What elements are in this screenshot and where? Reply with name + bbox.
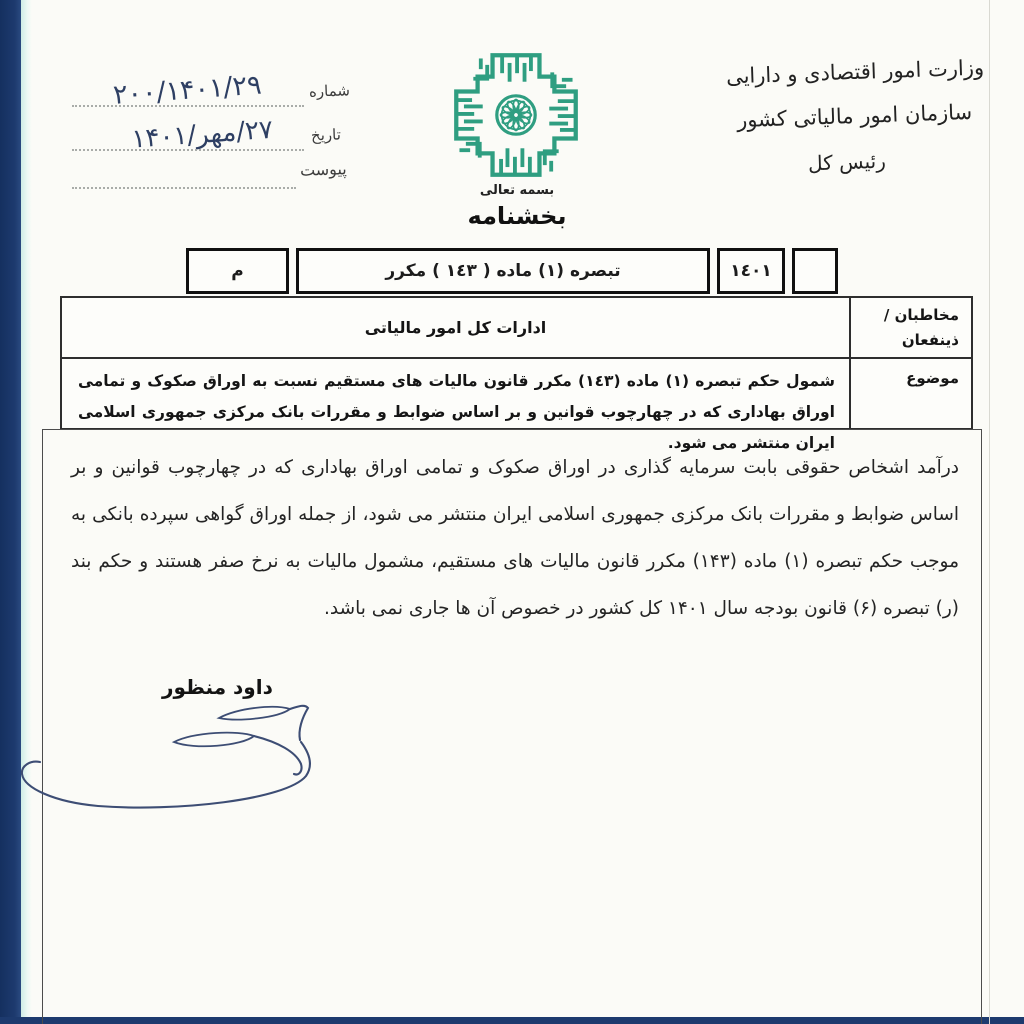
scan-edge-highlight [21,0,32,1024]
document-type-title: بخشنامه [430,202,604,230]
dotted-line [72,148,304,151]
recipients-subject-table: مخاطبان / ذینفعان ادارات کل امور مالیاتی… [60,296,973,430]
subject-label: موضوع [851,359,971,387]
dotted-line [72,186,296,189]
bismillah-text: بسمه تعالی [432,183,602,198]
classification-year-box: ١٤٠١ [717,248,785,294]
organization-name: سازمان امور مالیاتی کشور [736,100,972,132]
classification-reference-box: تبصره (١) ماده ( ١٤٣ ) مکرر [296,248,710,294]
classification-letter-box: م [186,248,289,294]
body-paragraph: درآمد اشخاص حقوقی بابت سرمایه گذاری در ا… [71,444,959,632]
recipients-value: ادارات کل امور مالیاتی [62,298,849,357]
scan-right-edge [989,0,990,1024]
dotted-line [72,104,304,107]
ministry-name: وزارت امور اقتصادی و دارایی [726,56,985,89]
tax-organization-logo-icon [452,50,580,180]
reference-number-value: ۲۰۰/۱۴۰۱/۲۹ [62,66,314,114]
scan-left-edge [0,0,21,1024]
recipients-label: مخاطبان / ذینفعان [851,298,971,357]
subject-value: شمول حکم تبصره (١) ماده (١٤٣) مکرر قانون… [62,359,849,428]
scanned-circular-page: ۲۰۰/۱۴۰۱/۲۹ شماره ۲۷/مهر/۱۴۰۱ تاریخ پیوس… [0,0,1024,1024]
classification-empty-box [792,248,838,294]
reference-attachment-label: پیوست [300,159,347,180]
office-title: رئیس کل [808,149,887,176]
reference-date-label: تاریخ [311,125,341,144]
reference-number-label: شماره [309,81,351,100]
signature-mark [6,692,346,822]
